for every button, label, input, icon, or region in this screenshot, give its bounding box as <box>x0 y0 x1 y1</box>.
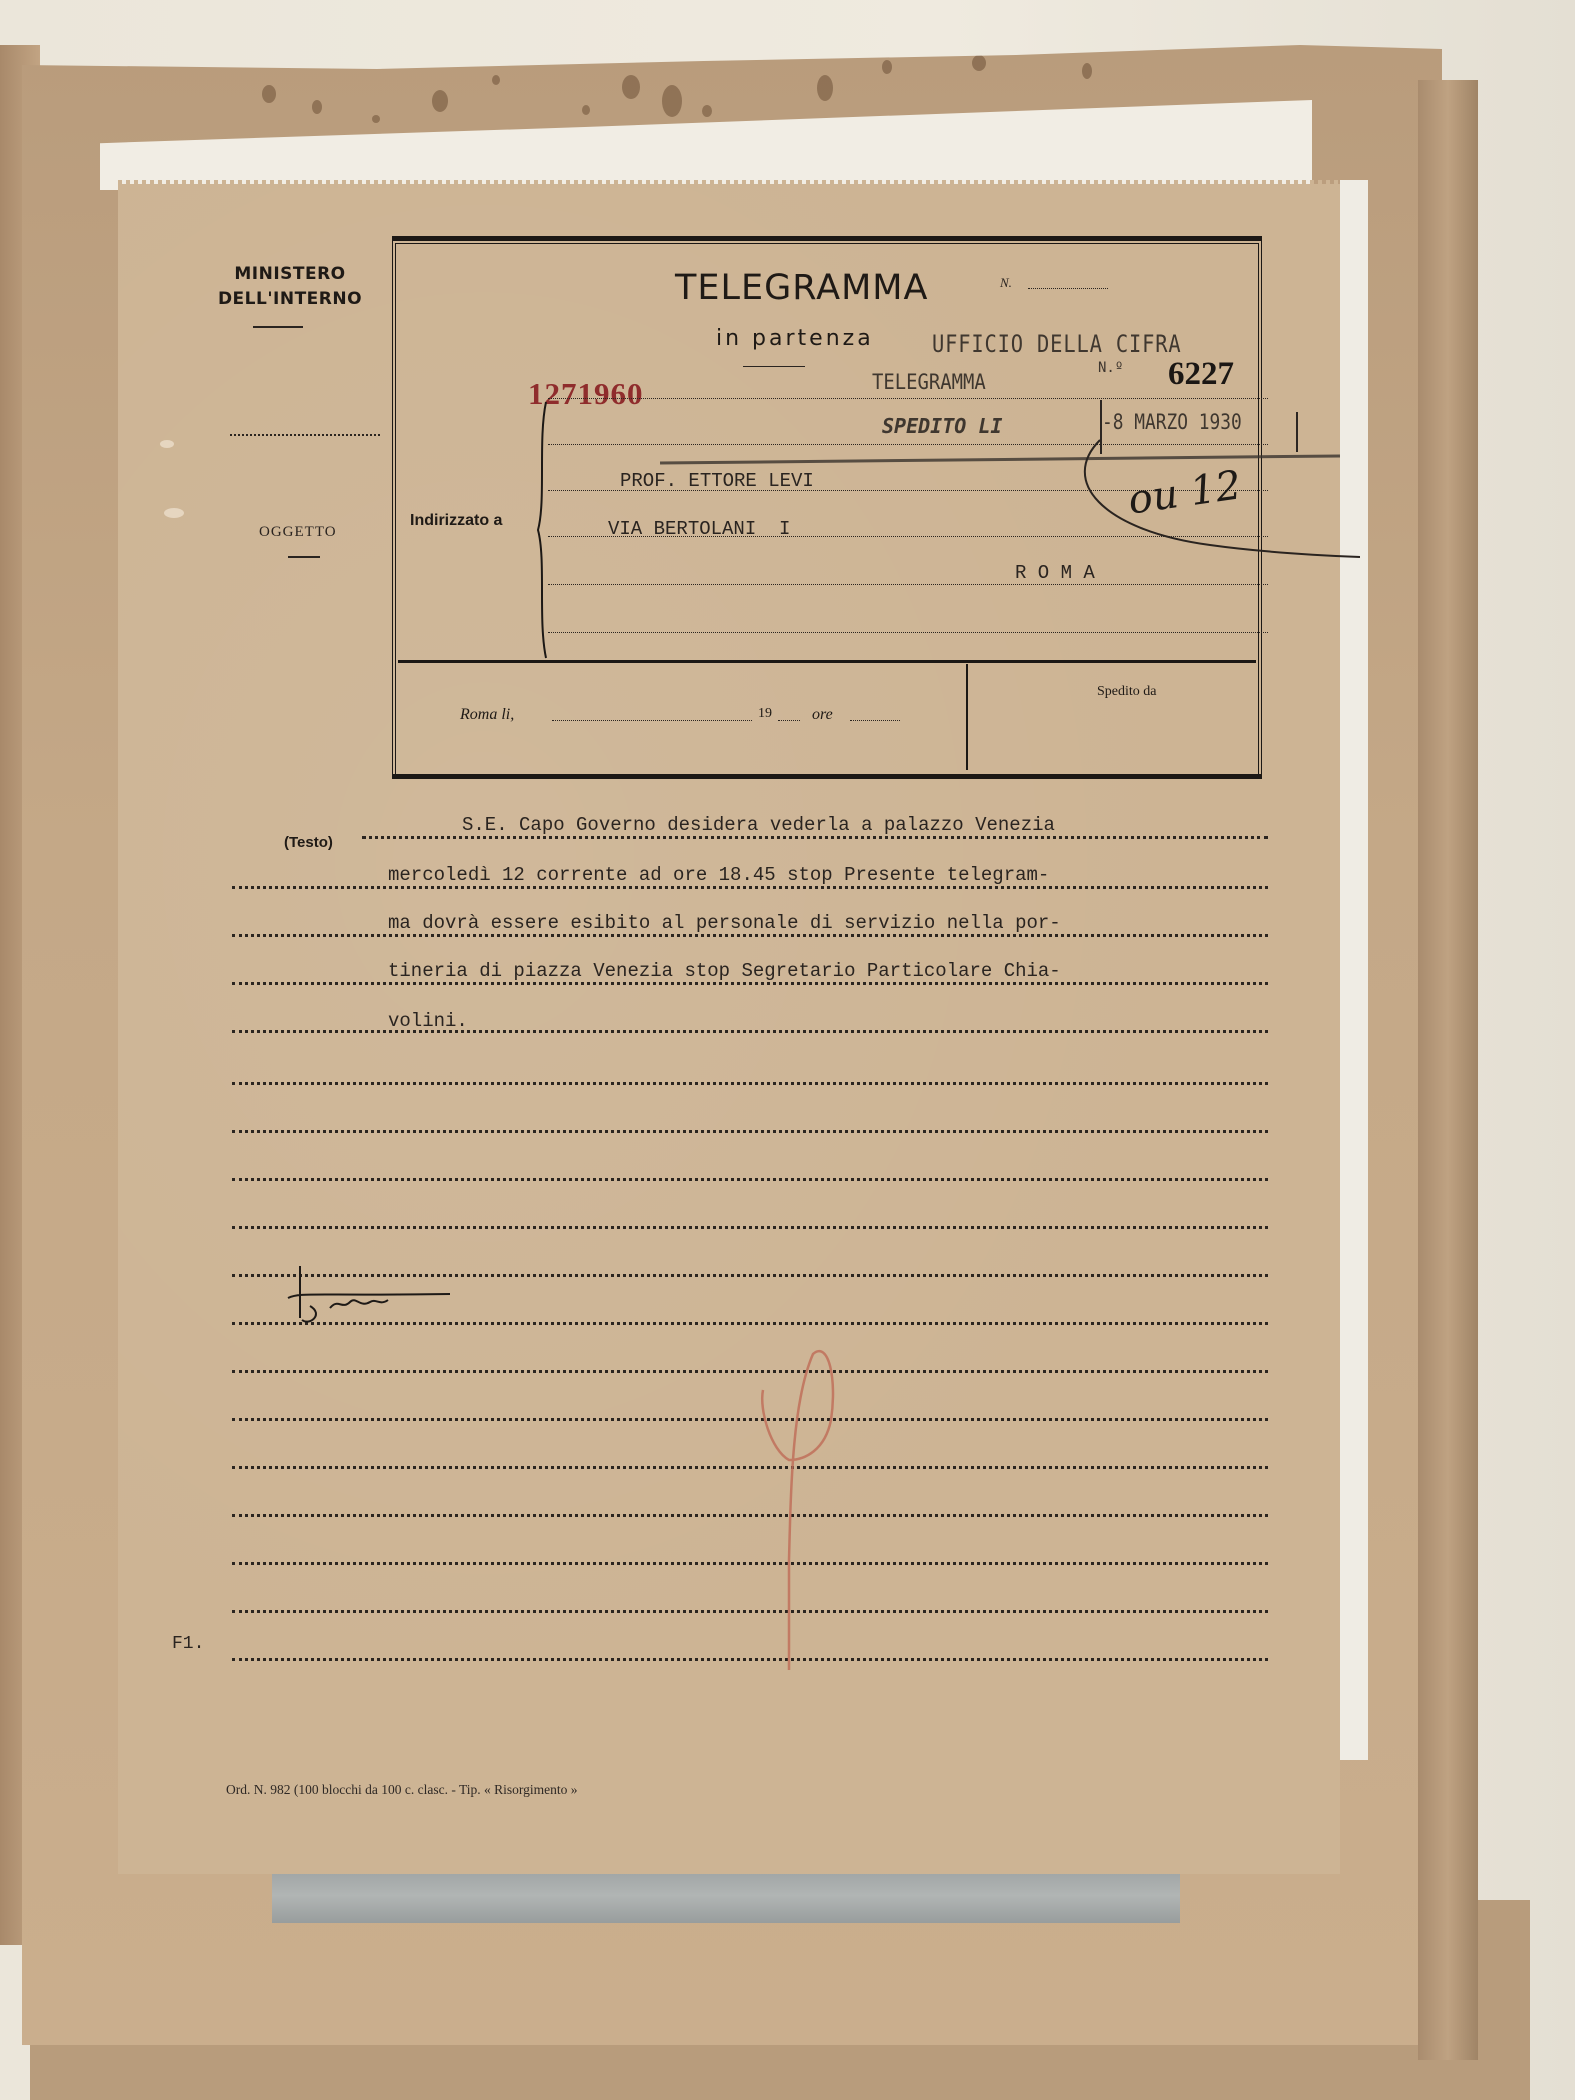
recipient-name: PROF. ETTORE LEVI <box>620 470 814 492</box>
text-line <box>232 1658 1268 1661</box>
message-line: mercoledì 12 corrente ad ore 18.45 stop … <box>388 864 1049 886</box>
text-line <box>232 886 1268 889</box>
text-line <box>362 836 1268 839</box>
text-line <box>232 1226 1268 1229</box>
address-dotted-line <box>548 398 1268 399</box>
address-dotted-line <box>548 632 1268 633</box>
subtitle-rule <box>743 366 805 367</box>
year-prefix: 19 <box>758 706 772 722</box>
white-sheet-edge <box>1340 180 1368 1760</box>
text-line <box>232 1178 1268 1181</box>
oggetto-label: OGGETTO <box>259 524 337 541</box>
hour-label: ore <box>812 706 833 724</box>
protocol-dotted-line <box>230 434 380 436</box>
box-divider-vertical <box>966 664 968 770</box>
folder-right-edge <box>1418 80 1478 2060</box>
telegram-subtitle: in partenza <box>716 326 874 351</box>
printer-footer: Ord. N. 982 (100 blocchi da 100 c. clasc… <box>226 1782 577 1798</box>
text-line <box>232 1562 1268 1565</box>
message-line: S.E. Capo Governo desidera vederla a pal… <box>462 814 1055 836</box>
stamp-telegram-label: TELEGRAMMA <box>872 370 986 394</box>
text-line <box>232 1130 1268 1133</box>
text-line <box>232 934 1268 937</box>
message-line: volini. <box>388 1010 468 1032</box>
message-line: ma dovrà essere esibito al personale di … <box>388 912 1061 934</box>
initials: F1. <box>172 1634 204 1654</box>
number-dotted-line <box>1028 288 1108 289</box>
box-bottom-border <box>392 774 1262 779</box>
text-line <box>232 1082 1268 1085</box>
recipient-street: VIA BERTOLANI I <box>608 518 790 540</box>
telegram-number: 6227 <box>1168 356 1234 393</box>
box-divider-horizontal <box>398 660 1256 663</box>
punch-hole <box>164 508 184 518</box>
text-line <box>232 982 1268 985</box>
text-line <box>232 1610 1268 1613</box>
oggetto-rule <box>288 556 320 558</box>
hour-dotted-line <box>850 720 900 721</box>
brace-icon <box>534 400 554 660</box>
perforated-edge <box>118 180 1340 188</box>
number-label: N. <box>1000 275 1012 291</box>
addressed-to-label: Indirizzato a <box>410 512 502 530</box>
ministry-header: MINISTERO DELL'INTERNO <box>200 262 380 312</box>
stamp-office: UFFICIO DELLA CIFRA <box>932 330 1182 358</box>
ministry-rule <box>253 326 303 328</box>
year-dotted-line <box>778 720 800 721</box>
grey-paper-strip <box>272 1868 1180 1923</box>
place-date-label: Roma li, <box>460 706 514 724</box>
message-line: tineria di piazza Venezia stop Segretari… <box>388 960 1061 982</box>
telegram-title: TELEGRAMMA <box>675 268 928 308</box>
stamp-sent-label: SPEDITO LI <box>882 414 1002 438</box>
sent-by-label: Spedito da <box>1097 684 1157 700</box>
text-line <box>232 1370 1268 1373</box>
text-line <box>232 1418 1268 1421</box>
ministry-line-1: MINISTERO <box>200 262 380 287</box>
text-line <box>232 1466 1268 1469</box>
signature <box>280 1262 460 1342</box>
punch-hole <box>160 440 174 448</box>
text-line <box>232 1514 1268 1517</box>
text-label: (Testo) <box>284 834 333 851</box>
stamp-no-label: N.º <box>1098 362 1123 375</box>
address-dotted-line <box>548 584 1268 585</box>
ministry-line-2: DELL'INTERNO <box>200 287 380 312</box>
red-pencil-mark <box>755 1340 845 1670</box>
date-dotted-line <box>552 720 752 721</box>
